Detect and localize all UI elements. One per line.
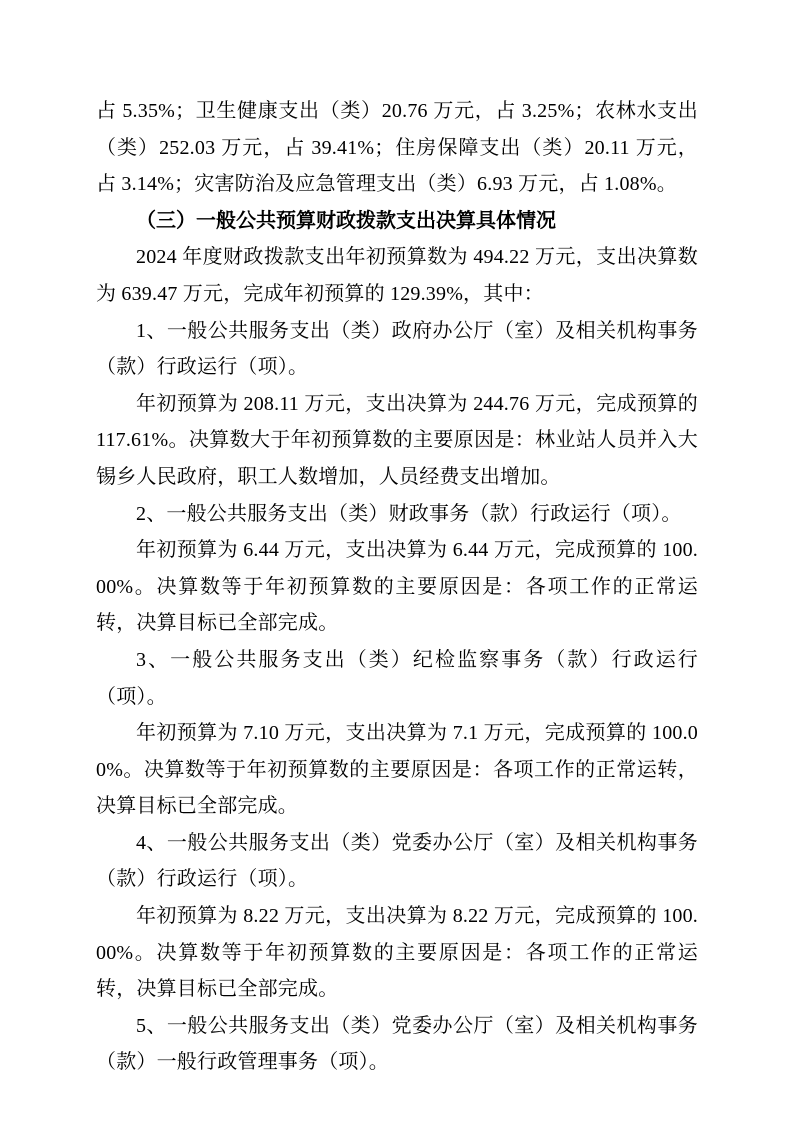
item-2-title: 2、一般公共服务支出（类）财政事务（款）行政运行（项）。 xyxy=(96,496,698,533)
section-heading-general-public-budget-expense-details: （三）一般公共预算财政拨款支出决算具体情况 xyxy=(96,203,698,240)
document-page: 占 5.35%；卫生健康支出（类）20.76 万元，占 3.25%；农林水支出（… xyxy=(0,0,793,1122)
paragraph-expense-breakdown-continuation: 占 5.35%；卫生健康支出（类）20.76 万元，占 3.25%；农林水支出（… xyxy=(96,93,698,203)
item-3-detail: 年初预算为 7.10 万元，支出决算为 7.1 万元，完成预算的 100.00%… xyxy=(96,715,698,825)
paragraph-budget-overview-2024: 2024 年度财政拨款支出年初预算数为 494.22 万元，支出决算数为 639… xyxy=(96,239,698,312)
item-3-title: 3、一般公共服务支出（类）纪检监察事务（款）行政运行（项）。 xyxy=(96,642,698,715)
item-5-title: 5、一般公共服务支出（类）党委办公厅（室）及相关机构事务（款）一般行政管理事务（… xyxy=(96,1008,698,1081)
item-4-detail: 年初预算为 8.22 万元，支出决算为 8.22 万元，完成预算的 100.00… xyxy=(96,898,698,1008)
item-1-detail: 年初预算为 208.11 万元，支出决算为 244.76 万元，完成预算的 11… xyxy=(96,386,698,496)
item-2-detail: 年初预算为 6.44 万元，支出决算为 6.44 万元，完成预算的 100.00… xyxy=(96,532,698,642)
document-content: 占 5.35%；卫生健康支出（类）20.76 万元，占 3.25%；农林水支出（… xyxy=(96,93,698,1081)
item-4-title: 4、一般公共服务支出（类）党委办公厅（室）及相关机构事务（款）行政运行（项）。 xyxy=(96,825,698,898)
item-1-title: 1、一般公共服务支出（类）政府办公厅（室）及相关机构事务（款）行政运行（项）。 xyxy=(96,313,698,386)
